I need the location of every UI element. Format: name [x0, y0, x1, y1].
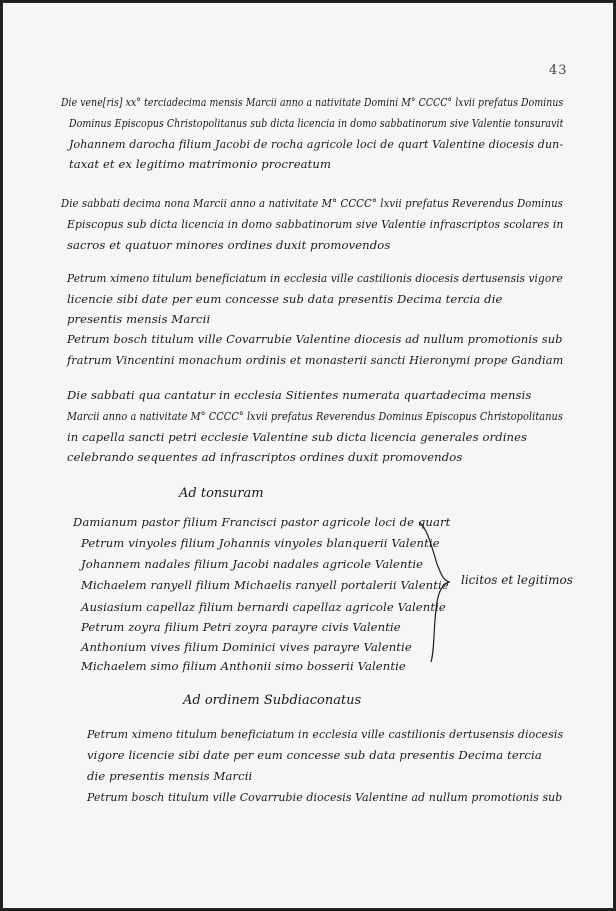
entry-line: Marcii anno a nativitate M° CCCC° lxvii …	[67, 409, 563, 423]
entry-line: vigore licencie sibi date per eum conces…	[87, 748, 542, 762]
list-item: Petrum vinyoles filium Johannis vinyoles…	[81, 536, 440, 550]
list-item: Damianum pastor filium Francisci pastor …	[73, 515, 450, 529]
entry-line: presentis mensis Marcii	[67, 312, 210, 326]
entry-line: Die sabbati decima nona Marcii anno a na…	[61, 196, 563, 210]
list-item: Petrum zoyra filium Petri zoyra parayre …	[81, 620, 401, 634]
list-item: Ausiasium capellaz filium bernardi capel…	[81, 600, 446, 614]
entry-line: Petrum bosch titulum ville Covarrubie di…	[87, 790, 562, 804]
entry-line: in capella sancti petri ecclesie Valenti…	[67, 430, 527, 444]
entry-line: Episcopus sub dicta licencia in domo sab…	[67, 217, 563, 231]
entry-line: Petrum bosch titulum ville Covarrubie Va…	[67, 332, 563, 346]
list-item: Michaelem simo filium Anthonii simo boss…	[81, 659, 406, 673]
entry-line: fratrum Vincentini monachum ordinis et m…	[67, 353, 563, 367]
list-item: Anthonium vives filium Dominici vives pa…	[81, 640, 412, 654]
manuscript-page: 43 Die vene[ris] xx° terciadecima mensis…	[2, 2, 614, 909]
folio-number: 43	[549, 63, 568, 78]
list-item: Johannem nadales filium Jacobi nadales a…	[81, 557, 423, 571]
entry-line: licencie sibi date per eum concesse sub …	[67, 292, 502, 306]
entry-line: taxat et ex legitimo matrimonio procreat…	[69, 157, 331, 171]
list-item: Michaelem ranyell filium Michaelis ranye…	[81, 578, 449, 592]
entry-line: Petrum ximeno titulum beneficiatum in ec…	[87, 727, 563, 741]
entry-line: celebrando sequentes ad infrascriptos or…	[67, 450, 462, 464]
entry-line: Die sabbati qua cantatur in ecclesia Sit…	[67, 388, 531, 402]
brace-icon	[413, 518, 463, 668]
entry-line: Die vene[ris] xx° terciadecima mensis Ma…	[61, 95, 563, 109]
entry-line: Dominus Episcopus Christopolitanus sub d…	[69, 116, 563, 130]
section-heading: Ad ordinem Subdiaconatus	[183, 693, 361, 708]
entry-line: die presentis mensis Marcii	[87, 769, 252, 783]
entry-line: sacros et quatuor minores ordines duxit …	[67, 238, 390, 252]
section-heading: Ad tonsuram	[179, 486, 264, 501]
entry-line: Johannem darocha filium Jacobi de rocha …	[69, 137, 563, 151]
entry-line: Petrum ximeno titulum beneficiatum in ec…	[67, 271, 563, 285]
margin-note: licitos et legitimos	[461, 573, 573, 587]
